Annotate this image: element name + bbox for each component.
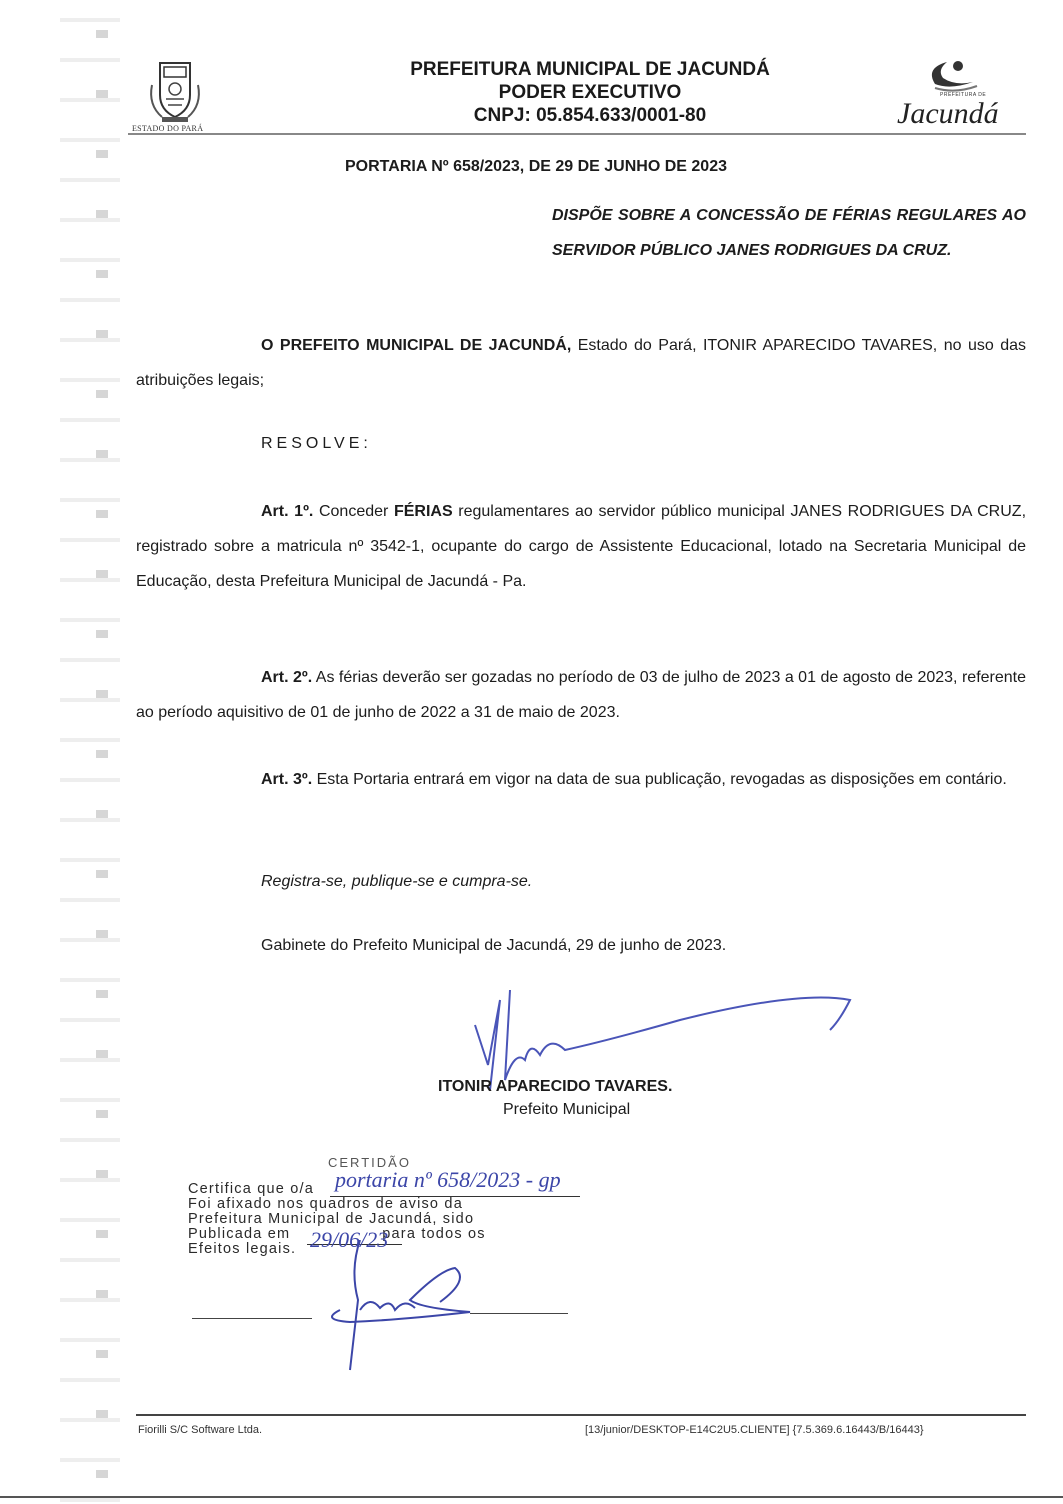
signatory-name: ITONIR APARECIDO TAVARES. <box>438 1078 672 1096</box>
footer-system-info: [13/junior/DESKTOP-E14C2U5.CLIENTE] {7.5… <box>585 1424 924 1436</box>
header-institution: PREFEITURA MUNICIPAL DE JACUNDÁ <box>300 58 880 81</box>
header-divider <box>128 133 1026 135</box>
article-3-label: Art. 3º. <box>261 771 312 788</box>
article-3: Art. 3º. Esta Portaria entrará em vigor … <box>136 762 1026 797</box>
article-3-text: Esta Portaria entrará em vigor na data d… <box>312 771 1007 788</box>
place-date: Gabinete do Prefeito Municipal de Jacund… <box>136 928 1026 963</box>
scan-bottom-edge <box>0 1496 1063 1498</box>
cert-line-3: Prefeitura Municipal de Jacundá, sido <box>188 1212 568 1227</box>
scan-edge-artifact <box>96 0 108 1504</box>
footer-software: Fiorilli S/C Software Ltda. <box>138 1424 262 1436</box>
article-1-label: Art. 1º. <box>261 503 313 520</box>
cert-line-2: Foi afixado nos quadros de aviso da <box>188 1197 568 1212</box>
closing-formula: Registra-se, publique-se e cumpra-se. <box>136 864 1026 899</box>
header-cnpj: CNPJ: 05.854.633/0001-80 <box>300 104 880 127</box>
article-2-label: Art. 2º. <box>261 669 312 686</box>
signatory-role: Prefeito Municipal <box>503 1101 630 1119</box>
clerk-signature-icon <box>300 1240 500 1380</box>
municipal-crest-icon <box>140 55 210 125</box>
cert-line-4-pre: Publicada em <box>188 1226 290 1242</box>
preamble-paragraph: O PREFEITO MUNICIPAL DE JACUNDÁ, Estado … <box>136 328 1026 398</box>
logo-wordmark: Jacundá <box>897 97 999 131</box>
article-1: Art. 1º. Conceder FÉRIAS regulamentares … <box>136 494 1026 599</box>
article-1-bold: FÉRIAS <box>394 503 453 520</box>
document-ementa: DISPÕE SOBRE A CONCESSÃO DE FÉRIAS REGUL… <box>552 198 1026 268</box>
document-header: PREFEITURA MUNICIPAL DE JACUNDÁ PODER EX… <box>300 58 880 127</box>
scan-edge-artifact <box>60 0 120 1504</box>
signature-line <box>192 1318 312 1319</box>
document-title: PORTARIA Nº 658/2023, DE 29 DE JUNHO DE … <box>345 158 727 176</box>
resolve-heading: RESOLVE: <box>261 435 372 453</box>
preamble-bold: O PREFEITO MUNICIPAL DE JACUNDÁ, <box>261 337 571 354</box>
crest-label: ESTADO DO PARÁ <box>132 124 203 133</box>
header-branch: PODER EXECUTIVO <box>300 81 880 104</box>
article-2: Art. 2º. As férias deverão ser gozadas n… <box>136 660 1026 730</box>
footer-divider <box>136 1414 1026 1416</box>
handwritten-document-ref: portaria nº 658/2023 - gp <box>335 1167 561 1193</box>
article-1-text: Conceder <box>313 503 394 520</box>
cert-fill-line <box>330 1196 580 1197</box>
